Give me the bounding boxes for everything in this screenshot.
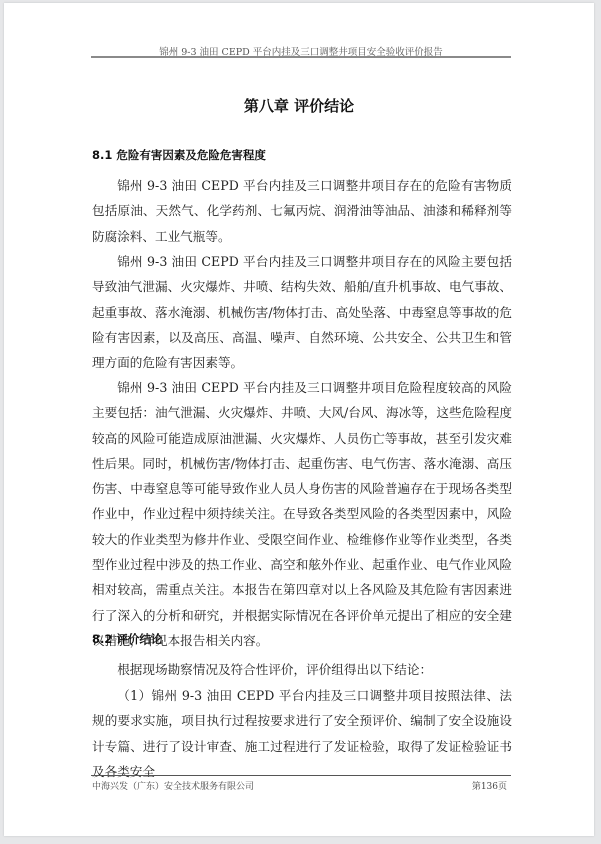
footer-divider [91,775,511,776]
section-heading-8-1: 8.1 危险有害因素及危险危害程度 [92,147,266,163]
chapter-title: 第八章 评价结论 [4,95,594,116]
footer-company: 中海兴发（广东）安全技术服务有限公司 [92,779,254,792]
paragraph-conclusion-1: （1）锦州 9-3 油田 CEPD 平台内挂及三口调整井项目按照法律、法规的要求… [92,683,512,784]
document-page: 锦州 9-3 油田 CEPD 平台内挂及三口调整井项目安全验收评价报告 第八章 … [4,3,594,836]
paragraph-conclusion-intro: 根据现场勘察情况及符合性评价，评价组得出以下结论： [92,657,512,682]
section-heading-8-2: 8.2 评价结论 [92,631,162,647]
footer-page-number: 第136页 [472,779,507,792]
header-divider [91,56,511,58]
paragraph-high-risks: 锦州 9-3 油田 CEPD 平台内挂及三口调整井项目危险程度较高的风险主要包括… [92,375,512,653]
paragraph-hazardous-substances: 锦州 9-3 油田 CEPD 平台内挂及三口调整井项目存在的危险有害物质包括原油… [92,173,512,249]
paragraph-main-risks: 锦州 9-3 油田 CEPD 平台内挂及三口调整井项目存在的风险主要包括导致油气… [92,249,512,375]
